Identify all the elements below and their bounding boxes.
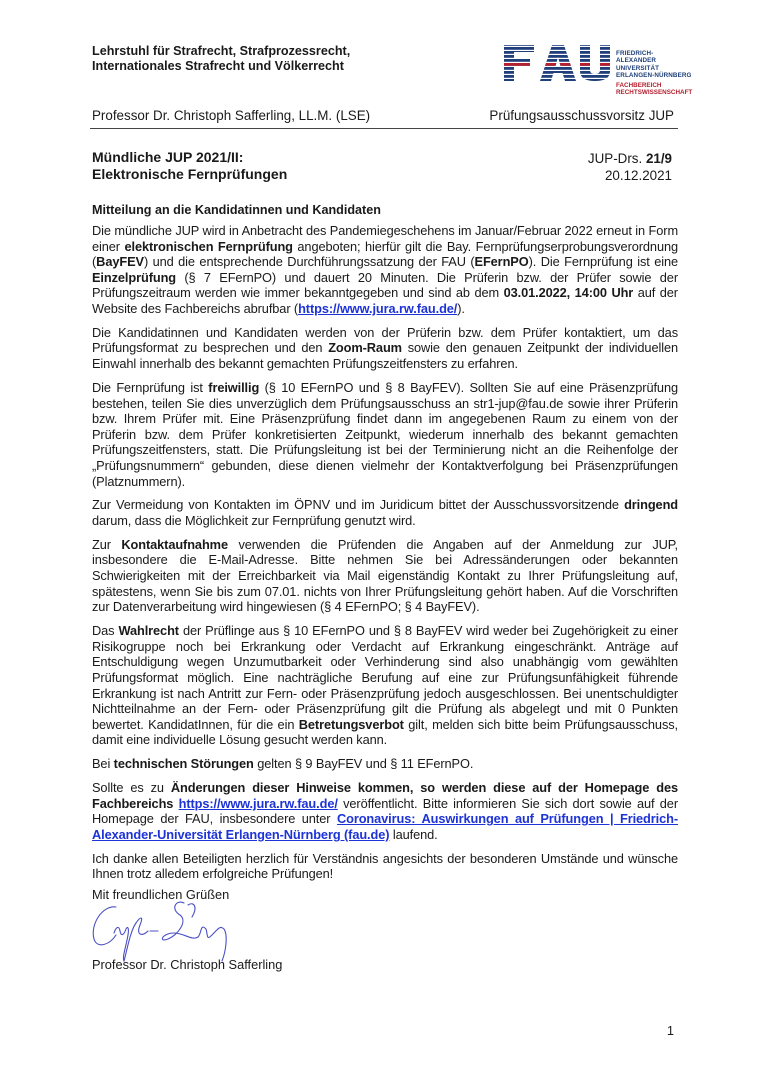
faculty-name: FACHBEREICH RECHTSWISSENSCHAFT (616, 82, 692, 97)
faculty-website-link[interactable]: https://www.jura.rw.fau.de/ (298, 301, 457, 316)
signature-icon (88, 895, 258, 965)
paragraph-8: Sollte es zu Änderungen dieser Hinweise … (92, 780, 678, 842)
faculty-homepage-link[interactable]: https://www.jura.rw.fau.de/ (179, 796, 338, 811)
document-title: Mündliche JUP 2021/II: Elektronische Fer… (92, 149, 287, 183)
fau-logo-icon (502, 43, 614, 83)
paragraph-6: Das Wahlrecht der Prüflinge aus § 10 EFe… (92, 623, 678, 748)
paragraph-2: Die Kandidatinnen und Kandidaten werden … (92, 325, 678, 372)
paragraph-4: Zur Vermeidung von Kontakten im ÖPNV und… (92, 497, 678, 528)
subject-line: Mitteilung an die Kandidatinnen und Kand… (92, 203, 381, 217)
signatory-name: Professor Dr. Christoph Safferling (92, 957, 282, 972)
paragraph-1: Die mündliche JUP wird in Anbetracht des… (92, 223, 678, 317)
fau-logo: FRIEDRICH-ALEXANDER UNIVERSITÄT ERLANGEN… (502, 43, 692, 115)
paragraph-9: Ich danke allen Beteiligten herzlich für… (92, 851, 678, 882)
page-number: 1 (667, 1023, 674, 1038)
letter-body: Die mündliche JUP wird in Anbetracht des… (92, 223, 678, 890)
document-reference: JUP-Drs. 21/9 20.12.2021 (588, 150, 672, 184)
professor-header: Professor Dr. Christoph Safferling, LL.M… (92, 108, 370, 123)
university-name: FRIEDRICH-ALEXANDER UNIVERSITÄT ERLANGEN… (616, 50, 692, 79)
drs-number: 21/9 (646, 151, 672, 166)
paragraph-7: Bei technischen Störungen gelten § 9 Bay… (92, 756, 678, 772)
document-date: 20.12.2021 (588, 167, 672, 184)
role-header: Prüfungsausschussvorsitz JUP (489, 108, 674, 123)
paragraph-3: Die Fernprüfung ist freiwillig (§ 10 EFe… (92, 380, 678, 489)
document-page: Lehrstuhl für Strafrecht, Strafprozessre… (0, 0, 768, 1086)
paragraph-5: Zur Kontaktaufnahme verwenden die Prüfen… (92, 537, 678, 615)
header-divider (90, 128, 678, 129)
institute-name: Lehrstuhl für Strafrecht, Strafprozessre… (92, 44, 350, 74)
